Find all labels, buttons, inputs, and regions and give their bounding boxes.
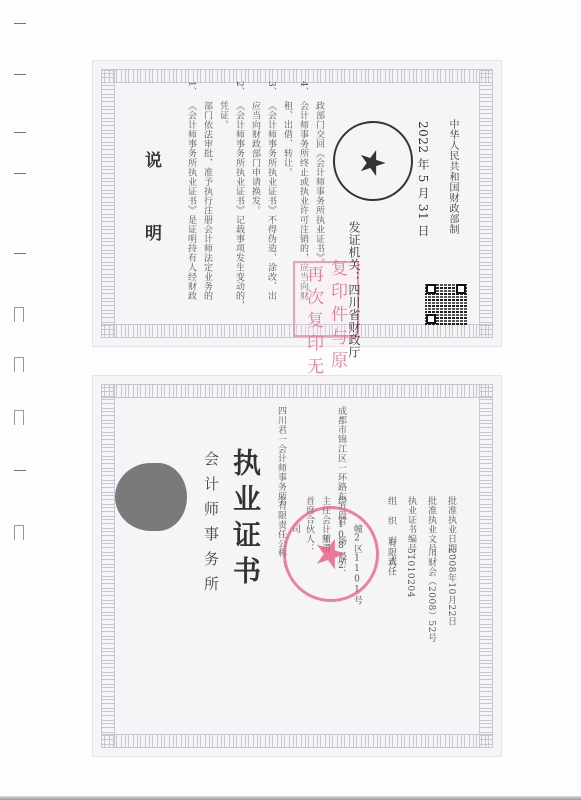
item-number: 3、	[265, 81, 278, 97]
punch-mark	[14, 23, 26, 24]
punch-mark	[14, 253, 26, 254]
certificate-title: 执业证书	[225, 448, 265, 592]
star-icon: ★	[352, 148, 392, 178]
explanation-title: 说 明	[139, 151, 164, 259]
border-pattern	[479, 384, 493, 748]
border-pattern	[101, 734, 493, 748]
qr-finder	[426, 284, 436, 294]
certificate-page: 会计师事务所 执业证书 名 称： 四川君一会计师事务所有限责任公 司 首席合伙人…	[92, 375, 502, 757]
issuer-label: 发证机关：四川省财政厅	[346, 221, 363, 359]
punch-mark	[14, 525, 24, 540]
finance-department-seal: ★	[333, 121, 413, 201]
border-pattern	[101, 384, 115, 748]
star-icon: ★	[307, 536, 353, 572]
issue-date: 2022 年 5 月 31 日	[415, 121, 432, 237]
explanation-page: 说 明 1、 《会计师事务所执业证书》是证明持有人经财政 部门依法审批，准予执行…	[92, 60, 502, 347]
printer-footer: 中华人民共和国财政部制	[445, 119, 460, 235]
scan-edge	[0, 796, 581, 800]
qr-finder	[456, 284, 466, 294]
punch-mark	[14, 357, 24, 372]
certificate-subtitle: 会计师事务所	[201, 451, 222, 601]
punch-mark	[14, 307, 24, 322]
punch-mark	[14, 132, 26, 133]
punch-mark	[14, 173, 26, 174]
field-value-name: 四川君一会计师事务所有限责任公	[275, 406, 288, 549]
field-value-cert-number: 51010204	[405, 548, 415, 598]
field-value-approval-doc: 川财会（2008）52号	[425, 548, 438, 642]
item-line: 《会计师事务所执业证书》是证明持有人经财政	[185, 101, 198, 301]
field-value-org-form: 有限责任	[385, 538, 398, 576]
punch-mark	[14, 470, 26, 471]
item-line: 应当向财政部门申请换发。	[249, 101, 262, 215]
item-line: 《会计师事务所执业证书》记载事项发生变动的，	[233, 101, 246, 310]
item-line: 凭证。	[217, 101, 230, 130]
border-pattern	[479, 69, 493, 338]
holder-photo-placeholder	[115, 463, 187, 531]
item-line: 租、出借、转让。	[281, 101, 294, 177]
border-pattern	[101, 69, 115, 338]
field-value-approval-date: 2008年10月22日	[445, 548, 458, 626]
punch-mark	[14, 74, 26, 75]
item-number: 2、	[233, 81, 246, 97]
item-line: 政部门交回《会计师事务所执业证书》。	[313, 101, 326, 268]
item-number: 1、	[185, 81, 198, 97]
company-seal: ★	[283, 506, 379, 602]
punch-mark	[14, 410, 24, 425]
item-number: 4、	[297, 81, 310, 97]
item-line: 《会计师事务所执业证书》不得伪造、涂改、出	[265, 101, 278, 301]
qr-finder	[426, 314, 436, 324]
border-pattern	[101, 384, 493, 398]
item-line: 部门依法审批，准予执行注册会计师法定业务的	[201, 101, 214, 301]
